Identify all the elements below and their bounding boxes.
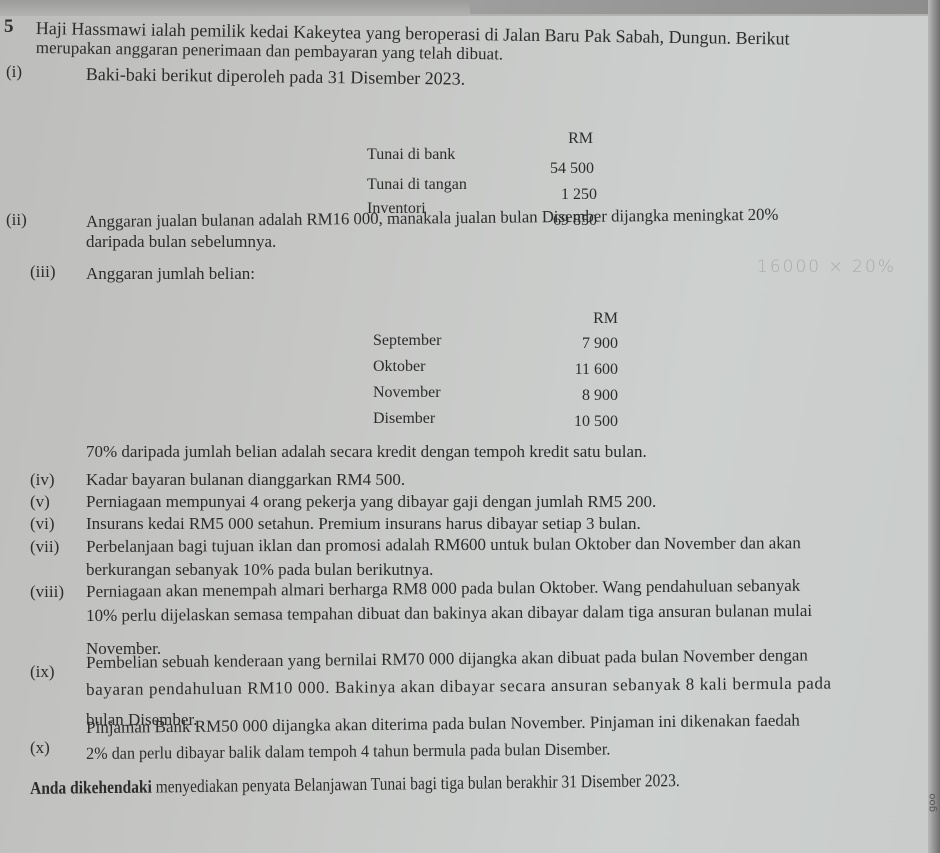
item-x-line-2: 2% dan perlu dibayar balik dalam tempoh … — [86, 739, 610, 764]
question-number: 5 — [4, 16, 14, 38]
handwritten-note: 16000 × 20% — [757, 257, 896, 277]
item-label-vi: (vi) — [30, 514, 55, 534]
item-viii-line-2: 10% perlu dijelaskan semasa tempahan dib… — [86, 601, 812, 626]
balances-row-value: 54 500 — [504, 160, 594, 178]
item-label-ii: (ii) — [6, 210, 27, 230]
item-label-viii: (viii) — [30, 582, 64, 602]
balances-currency-header: RM — [503, 130, 593, 148]
item-label-iii: (iii) — [30, 262, 56, 282]
purchases-currency-header: RM — [528, 310, 618, 328]
item-label-v: (v) — [30, 492, 50, 512]
purchases-row-name: Disember — [373, 410, 435, 428]
item-ix-line-2: bayaran pendahuluan RM10 000. Bakinya ak… — [86, 673, 832, 700]
item-label-vii: (vii) — [30, 537, 59, 557]
purchases-note: 70% daripada jumlah belian adalah secara… — [86, 442, 647, 462]
final-instruction-rest: menyediakan penyata Belanjawan Tunai bag… — [152, 770, 680, 796]
purchases-row-value: 7 900 — [528, 335, 618, 353]
item-iii-line-1: Anggaran jumlah belian: — [86, 264, 255, 284]
purchases-row-value: 11 600 — [528, 361, 618, 379]
item-ii-line-1: Anggaran jualan bulanan adalah RM16 000,… — [86, 205, 779, 232]
exam-page: 5 Haji Hassmawi ialah pemilik kedai Kake… — [0, 0, 940, 853]
item-label-iv: (iv) — [30, 470, 55, 490]
purchases-row-value: 10 500 — [528, 413, 618, 431]
purchases-table: RM September 7 900 Oktober 11 600 Novemb… — [373, 310, 633, 435]
purchases-row-name: November — [373, 384, 441, 402]
balances-row-name: Tunai di tangan — [367, 176, 467, 194]
item-vii-line-2: berkurangan sebanyak 10% pada bulan beri… — [86, 560, 433, 580]
item-ii-line-2: daripada bulan sebelumnya. — [86, 232, 276, 252]
purchases-row-value: 8 900 — [528, 387, 618, 405]
final-instruction: Anda dikehendaki menyediakan penyata Bel… — [30, 770, 680, 799]
item-vi-line-1: Insurans kedai RM5 000 setahun. Premium … — [86, 514, 641, 534]
final-instruction-bold: Anda dikehendaki — [30, 777, 152, 798]
purchases-row-name: September — [373, 332, 441, 350]
corner-mark: goo — [927, 793, 938, 812]
item-label-i: (i) — [6, 62, 22, 82]
item-iv-line-1: Kadar bayaran bulanan dianggarkan RM4 50… — [86, 470, 405, 490]
item-label-x: (x) — [30, 738, 50, 758]
item-label-ix: (ix) — [30, 662, 55, 682]
item-i-line-1: Baki-baki berikut diperoleh pada 31 Dise… — [86, 64, 466, 89]
item-vii-line-1: Perbelanjaan bagi tujuan iklan dan promo… — [86, 533, 801, 557]
balances-row-value: 1 250 — [507, 186, 597, 204]
item-v-line-1: Perniagaan mempunyai 4 orang pekerja yan… — [86, 492, 656, 512]
purchases-row-name: Oktober — [373, 358, 425, 376]
item-ix-line-1: Pembelian sebuah kenderaan yang bernilai… — [86, 645, 808, 673]
balances-row-name: Tunai di bank — [367, 146, 455, 164]
